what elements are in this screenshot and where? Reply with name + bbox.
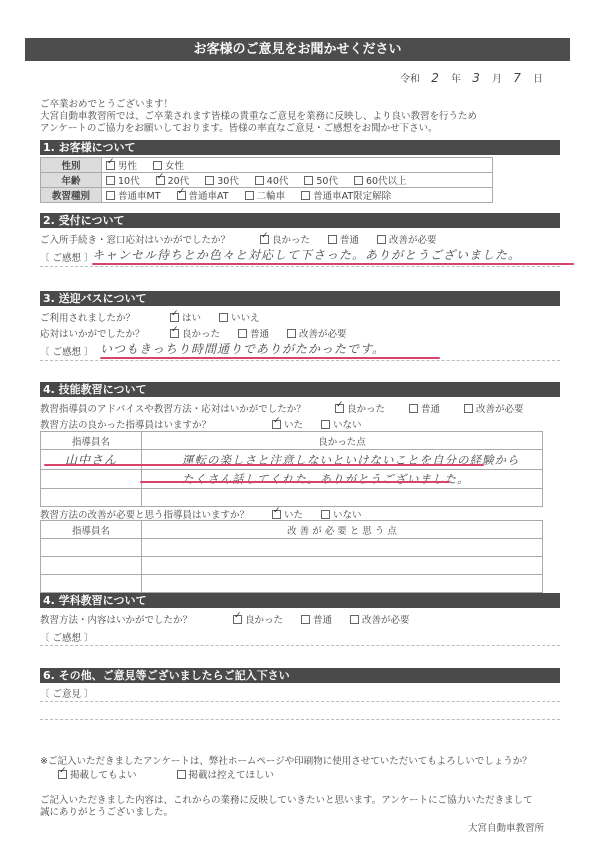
- checkbox-icon[interactable]: [272, 420, 281, 429]
- improve-instructor-table: 指導員名改 善 が 必 要 と 思 う 点: [40, 520, 543, 593]
- bus-usage-question: ご利用されましたか？: [40, 310, 135, 324]
- option-checkbox[interactable]: 男性: [106, 158, 137, 172]
- section-bus-header: 3. 送迎バスについて: [40, 291, 560, 306]
- option-label: 普通車AT限定解除: [313, 191, 391, 202]
- other-comment-line-2[interactable]: [40, 719, 560, 720]
- date-month[interactable]: 3: [472, 71, 481, 85]
- checkbox-icon[interactable]: [409, 404, 418, 413]
- checkbox-icon[interactable]: [245, 191, 254, 200]
- option-label: 良かった: [272, 235, 310, 246]
- checkbox-icon[interactable]: [377, 235, 386, 244]
- date-year[interactable]: 2: [431, 71, 440, 85]
- checkbox-icon[interactable]: [321, 510, 330, 519]
- bus-service-question: 応対はいかがでしたか？: [40, 326, 145, 340]
- reception-comment[interactable]: キャンセル待ちとか色々と対応して下さった。ありがとうございました。: [92, 246, 521, 263]
- option-label: 掲載は控えてほしい: [189, 770, 275, 781]
- option-checkbox[interactable]: 普通: [328, 232, 359, 246]
- table-header-row: 指導員名良かった点: [41, 432, 543, 450]
- reception-comment-label: 〔 ご感想 〕: [40, 250, 94, 264]
- instructor-name-cell[interactable]: [41, 557, 142, 575]
- info-label: 年齢: [41, 173, 102, 188]
- points-cell[interactable]: 運転の楽しさと注意しないといけないことを自分の経験から: [142, 450, 543, 470]
- bus-service-options[interactable]: 良かった普通改善が必要: [170, 326, 365, 340]
- header-instructor: 指導員名: [41, 432, 142, 450]
- closing-line-2: 誠にありがとうございました。: [40, 804, 173, 818]
- divider: [40, 266, 560, 267]
- good-instructor-options[interactable]: いたいない: [272, 417, 380, 431]
- checkbox-icon[interactable]: [106, 161, 115, 170]
- points-cell[interactable]: [142, 575, 543, 593]
- reception-question: ご入所手続き・窓口応対はいかがでしたか？: [40, 232, 230, 246]
- info-row: 教習種別普通車MT普通車AT二輪車普通車AT限定解除: [41, 188, 493, 203]
- highlight-underline: [100, 357, 440, 359]
- signature: 大宮自動車教習所: [468, 820, 544, 834]
- option-checkbox[interactable]: 改善が必要: [350, 612, 410, 626]
- instructor-name-cell[interactable]: [41, 489, 142, 507]
- good-instructor-question: 教習方法の良かった指導員はいますか？: [40, 417, 211, 431]
- bus-comment-label: 〔 ご感想 〕: [40, 344, 94, 358]
- option-checkbox[interactable]: いた: [272, 507, 303, 521]
- option-label: 改善が必要: [362, 615, 410, 626]
- academic-question: 教習方法・内容はいかがでしたか？: [40, 612, 192, 626]
- section-other-header: 6. その他、ご意見等ございましたらご記入下さい: [40, 668, 560, 683]
- date-day-unit: 日: [533, 74, 543, 85]
- option-label: 女性: [165, 161, 184, 172]
- highlight-underline: [92, 263, 574, 265]
- option-label: 30代: [217, 176, 239, 187]
- reception-options[interactable]: 良かった普通改善が必要: [260, 232, 455, 246]
- instructor-name-cell[interactable]: 山中さん: [41, 450, 142, 470]
- checkbox-icon[interactable]: [321, 420, 330, 429]
- points-cell[interactable]: [142, 539, 543, 557]
- skill-instructor-question: 教習指導員のアドバイスや教習方法・応対はいかがでしたか？: [40, 401, 306, 415]
- checkbox-icon[interactable]: [177, 191, 186, 200]
- option-checkbox[interactable]: 40代: [255, 173, 289, 187]
- option-label: いいえ: [231, 313, 260, 324]
- option-checkbox[interactable]: いない: [321, 507, 362, 521]
- publish-options[interactable]: 掲載してもよい掲載は控えてほしい: [58, 767, 314, 781]
- info-label: 教習種別: [41, 188, 102, 203]
- section-reception-header: 2. 受付について: [40, 213, 560, 228]
- checkbox-icon[interactable]: [304, 176, 313, 185]
- option-checkbox[interactable]: 二輪車: [245, 188, 286, 202]
- skill-instructor-options[interactable]: 良かった普通改善が必要: [335, 401, 548, 415]
- checkbox-icon[interactable]: [205, 176, 214, 185]
- checkbox-icon[interactable]: [58, 770, 67, 779]
- option-checkbox[interactable]: 50代: [304, 173, 338, 187]
- checkbox-icon[interactable]: [238, 329, 247, 338]
- info-options[interactable]: 普通車MT普通車AT二輪車普通車AT限定解除: [102, 188, 493, 203]
- checkbox-icon[interactable]: [287, 329, 296, 338]
- info-label: 性別: [41, 158, 102, 173]
- option-label: 普通: [250, 329, 269, 340]
- divider: [40, 360, 560, 361]
- customer-info-table: 性別男性女性年齢10代20代30代40代50代60代以上教習種別普通車MT普通車…: [40, 157, 493, 203]
- header-points: 改 善 が 必 要 と 思 う 点: [142, 521, 543, 539]
- checkbox-icon[interactable]: [301, 615, 310, 624]
- instructor-name-cell[interactable]: [41, 470, 142, 489]
- option-label: 掲載してもよい: [70, 770, 137, 781]
- option-checkbox[interactable]: いいえ: [219, 310, 260, 324]
- option-label: 20代: [168, 176, 190, 187]
- info-options[interactable]: 10代20代30代40代50代60代以上: [102, 173, 493, 188]
- option-label: 60代以上: [366, 176, 407, 187]
- checkbox-icon[interactable]: [233, 615, 242, 624]
- option-checkbox[interactable]: 掲載してもよい: [58, 767, 137, 781]
- improve-instructor-question: 教習方法の改善が必要と思う指導員はいますか？: [40, 507, 249, 521]
- section-skill-header: 4. 技能教習について: [40, 382, 560, 397]
- checkbox-icon[interactable]: [170, 313, 179, 322]
- table-header-row: 指導員名改 善 が 必 要 と 思 う 点: [41, 521, 543, 539]
- instructor-name-cell[interactable]: [41, 575, 142, 593]
- info-options[interactable]: 男性女性: [102, 158, 493, 173]
- option-checkbox[interactable]: 良かった: [335, 401, 385, 415]
- header-instructor: 指導員名: [41, 521, 142, 539]
- option-checkbox[interactable]: 10代: [106, 173, 140, 187]
- checkbox-icon[interactable]: [260, 235, 269, 244]
- date-era: 令和: [400, 74, 420, 85]
- option-checkbox[interactable]: 改善が必要: [287, 326, 347, 340]
- checkbox-icon[interactable]: [219, 313, 228, 322]
- option-checkbox[interactable]: 改善が必要: [377, 232, 437, 246]
- header-points: 良かった点: [142, 432, 543, 450]
- section-customer-header: 1. お客様について: [40, 140, 560, 155]
- option-label: 良かった: [347, 404, 385, 415]
- other-comment-label: 〔 ご意見 〕: [40, 686, 94, 700]
- other-comment-line-1[interactable]: [40, 701, 560, 702]
- option-checkbox[interactable]: いない: [321, 417, 362, 431]
- option-label: いない: [333, 420, 362, 431]
- option-checkbox[interactable]: 普通: [409, 401, 440, 415]
- option-label: 普通: [421, 404, 440, 415]
- checkbox-icon[interactable]: [106, 191, 115, 200]
- option-checkbox[interactable]: 掲載は控えてほしい: [177, 767, 275, 781]
- publish-question: ※ご記入いただきましたアンケートは、弊社ホームページや印刷物に使用させていただい…: [40, 753, 532, 767]
- option-label: 改善が必要: [299, 329, 347, 340]
- option-label: 40代: [267, 176, 289, 187]
- bus-usage-options[interactable]: はいいいえ: [170, 310, 278, 324]
- checkbox-icon[interactable]: [350, 615, 359, 624]
- option-checkbox[interactable]: 普通車AT限定解除: [301, 188, 391, 202]
- checkbox-icon[interactable]: [328, 235, 337, 244]
- table-row: 山中さん運転の楽しさと注意しないといけないことを自分の経験から: [41, 450, 543, 470]
- points-cell[interactable]: たくさん話してくれた。ありがとうございました。: [142, 470, 543, 489]
- checkbox-icon[interactable]: [464, 404, 473, 413]
- option-label: 普通車MT: [118, 191, 161, 202]
- option-checkbox[interactable]: 良かった: [233, 612, 283, 626]
- form-title: お客様のご意見をお聞かせください: [25, 38, 570, 61]
- instructor-name-cell[interactable]: [41, 539, 142, 557]
- option-checkbox[interactable]: 改善が必要: [464, 401, 524, 415]
- option-label: 男性: [118, 161, 137, 172]
- option-checkbox[interactable]: 普通: [238, 326, 269, 340]
- date-month-unit: 月: [492, 74, 502, 85]
- improve-instructor-options[interactable]: いたいない: [272, 507, 380, 521]
- checkbox-icon[interactable]: [255, 176, 264, 185]
- option-label: いた: [284, 420, 303, 431]
- option-label: はい: [182, 313, 201, 324]
- date-line: 令和 2 年 3 月 7 日: [400, 70, 543, 85]
- points-cell[interactable]: [142, 489, 543, 507]
- option-label: 二輪車: [257, 191, 286, 202]
- academic-options[interactable]: 良かった普通改善が必要: [233, 612, 428, 626]
- checkbox-icon[interactable]: [153, 161, 162, 170]
- checkbox-icon[interactable]: [301, 191, 310, 200]
- checkbox-icon[interactable]: [354, 176, 363, 185]
- option-checkbox[interactable]: 普通車AT: [177, 188, 229, 202]
- table-row: [41, 489, 543, 507]
- checkbox-icon[interactable]: [177, 770, 186, 779]
- checkbox-icon[interactable]: [335, 404, 344, 413]
- points-cell[interactable]: [142, 557, 543, 575]
- academic-comment-label: 〔 ご感想 〕: [40, 630, 94, 644]
- bus-comment[interactable]: いつもきっちり時間通りでありがたかったです。: [100, 340, 385, 357]
- checkbox-icon[interactable]: [170, 329, 179, 338]
- option-label: 改善が必要: [476, 404, 524, 415]
- option-label: 良かった: [182, 329, 220, 340]
- option-checkbox[interactable]: 20代: [156, 173, 190, 187]
- intro-line-3: アンケートのご協力をお願いしております。皆様の率直なご意見・ご感想をお聞かせ下さ…: [40, 120, 438, 134]
- option-label: 50代: [316, 176, 338, 187]
- option-label: 普通: [340, 235, 359, 246]
- option-checkbox[interactable]: 良かった: [260, 232, 310, 246]
- date-day[interactable]: 7: [513, 71, 522, 85]
- section-academic-header: 4. 学科教習について: [40, 593, 560, 608]
- highlight-underline: [44, 464, 484, 466]
- option-checkbox[interactable]: 女性: [153, 158, 184, 172]
- option-label: 良かった: [245, 615, 283, 626]
- option-label: 改善が必要: [389, 235, 437, 246]
- option-checkbox[interactable]: 普通車MT: [106, 188, 161, 202]
- info-row: 年齢10代20代30代40代50代60代以上: [41, 173, 493, 188]
- option-checkbox[interactable]: いた: [272, 417, 303, 431]
- info-row: 性別男性女性: [41, 158, 493, 173]
- option-label: 普通車AT: [189, 191, 229, 202]
- table-row: [41, 557, 543, 575]
- checkbox-icon[interactable]: [106, 176, 115, 185]
- highlight-underline: [140, 481, 450, 483]
- table-row: たくさん話してくれた。ありがとうございました。: [41, 470, 543, 489]
- good-instructor-table: 指導員名良かった点山中さん運転の楽しさと注意しないといけないことを自分の経験から…: [40, 431, 543, 507]
- table-row: [41, 539, 543, 557]
- checkbox-icon[interactable]: [272, 510, 281, 519]
- option-label: 普通: [313, 615, 332, 626]
- option-label: 10代: [118, 176, 140, 187]
- date-year-unit: 年: [451, 74, 461, 85]
- option-checkbox[interactable]: 普通: [301, 612, 332, 626]
- option-checkbox[interactable]: 30代: [205, 173, 239, 187]
- option-checkbox[interactable]: 60代以上: [354, 173, 407, 187]
- option-checkbox[interactable]: はい: [170, 310, 201, 324]
- checkbox-icon[interactable]: [156, 176, 165, 185]
- table-row: [41, 575, 543, 593]
- option-checkbox[interactable]: 良かった: [170, 326, 220, 340]
- academic-comment-line[interactable]: [40, 645, 560, 646]
